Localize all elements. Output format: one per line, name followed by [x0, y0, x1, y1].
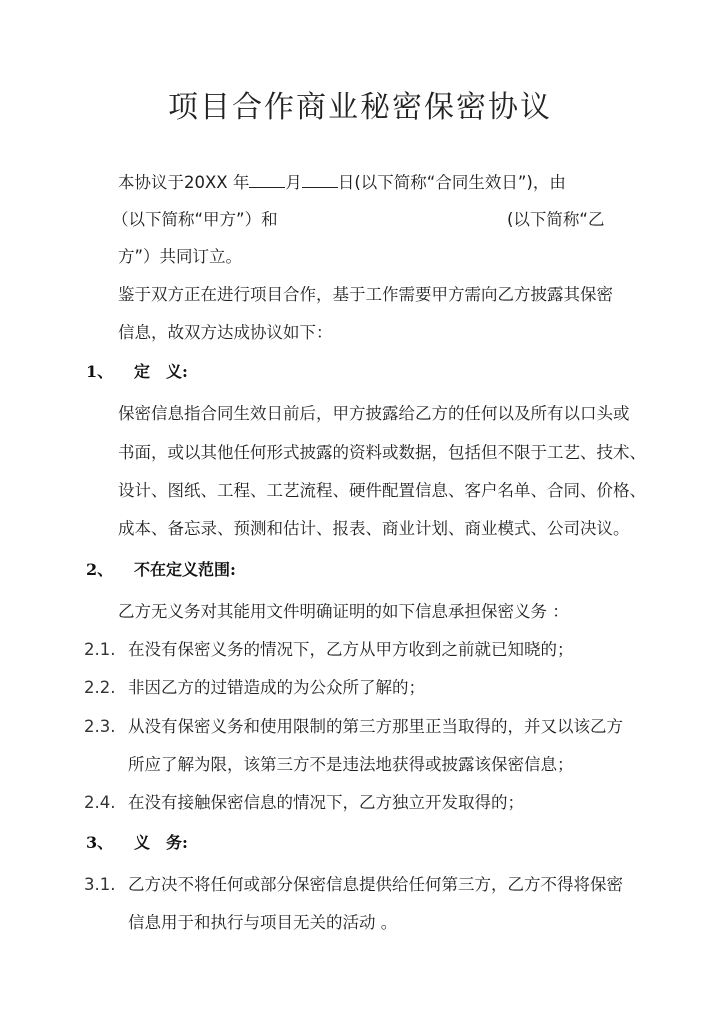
item-text: 乙方决不将任何或部分保密信息提供给任何第三方，乙方不得将保密 — [128, 875, 623, 894]
preamble-line-5: 信息，故双方达成协议如下： — [118, 323, 333, 343]
preamble-date-prefix: 本协议于20XX 年 — [118, 173, 249, 192]
section-1-heading: 1、定 义: — [86, 362, 188, 382]
list-item-3-1-continuation: 信息用于和执行与项目无关的活动 。 — [128, 913, 397, 933]
day-blank — [302, 172, 338, 188]
section-title: 不在定义范围: — [134, 560, 236, 579]
preamble-line-3: 方”）共同订立。 — [118, 247, 242, 267]
item-number: 2.2. — [84, 678, 128, 698]
preamble-line-2-right: (以下简称“乙 — [507, 210, 605, 230]
section-number: 1、 — [86, 362, 134, 382]
item-number: 2.4. — [84, 793, 128, 813]
section-number: 2、 — [86, 560, 134, 580]
month-blank — [249, 172, 285, 188]
section-1-body-line: 保密信息指合同生效日前后，甲方披露给乙方的任何以及所有以口头或 — [118, 404, 630, 424]
list-item-2-4: 2.4.在没有接触保密信息的情况下，乙方独立开发取得的； — [84, 793, 524, 813]
section-2-intro: 乙方无义务对其能用文件明确证明的如下信息承担保密义务 ： — [118, 602, 569, 622]
section-number: 3、 — [86, 833, 134, 853]
preamble-line-1: 本协议于20XX 年月日(以下简称“合同生效日”)，由 — [118, 172, 566, 193]
item-number: 3.1. — [84, 875, 128, 895]
list-item-2-3: 2.3.从没有保密义务和使用限制的第三方那里正当取得的，并又以该乙方 — [84, 717, 623, 737]
preamble-month-label: 月 — [285, 173, 302, 192]
list-item-2-1: 2.1.在没有保密义务的情况下，乙方从甲方收到之前就已知晓的； — [84, 640, 574, 660]
item-text: 在没有接触保密信息的情况下，乙方独立开发取得的； — [128, 793, 524, 812]
section-3-heading: 3、义 务: — [86, 833, 188, 853]
preamble-line-4: 鉴于双方正在进行项目合作，基于工作需要甲方需向乙方披露其保密 — [118, 285, 613, 305]
section-title: 定 义: — [134, 362, 188, 381]
section-1-body-line: 成本、备忘录、预测和估计、报表、商业计划、商业模式、公司决议。 — [118, 519, 630, 539]
preamble-line-2-left: （以下简称“甲方”）和 — [112, 210, 278, 230]
section-1-body-line: 设计、图纸、工程、工艺流程、硬件配置信息、客户名单、合同、价格、 — [118, 481, 646, 501]
section-title: 义 务: — [134, 833, 188, 852]
item-number: 2.1. — [84, 640, 128, 660]
item-text: 非因乙方的过错造成的为公众所了解的； — [128, 678, 425, 697]
list-item-2-2: 2.2.非因乙方的过错造成的为公众所了解的； — [84, 678, 425, 698]
item-number: 2.3. — [84, 717, 128, 737]
section-2-heading: 2、不在定义范围: — [86, 560, 236, 580]
document-page: 项目合作商业秘密保密协议 本协议于20XX 年月日(以下简称“合同生效日”)，由… — [0, 0, 720, 1017]
item-text: 从没有保密义务和使用限制的第三方那里正当取得的，并又以该乙方 — [128, 717, 623, 736]
item-text: 在没有保密义务的情况下，乙方从甲方收到之前就已知晓的； — [128, 640, 574, 659]
preamble-date-suffix: 日(以下简称“合同生效日”)，由 — [338, 173, 566, 192]
section-1-body-line: 书面，或以其他任何形式披露的资料或数据，包括但不限于工艺、技术、 — [118, 443, 646, 463]
document-title: 项目合作商业秘密保密协议 — [0, 82, 720, 126]
list-item-3-1: 3.1.乙方决不将任何或部分保密信息提供给任何第三方，乙方不得将保密 — [84, 875, 623, 895]
list-item-2-3-continuation: 所应了解为限，该第三方不是违法地获得或披露该保密信息； — [128, 755, 574, 775]
